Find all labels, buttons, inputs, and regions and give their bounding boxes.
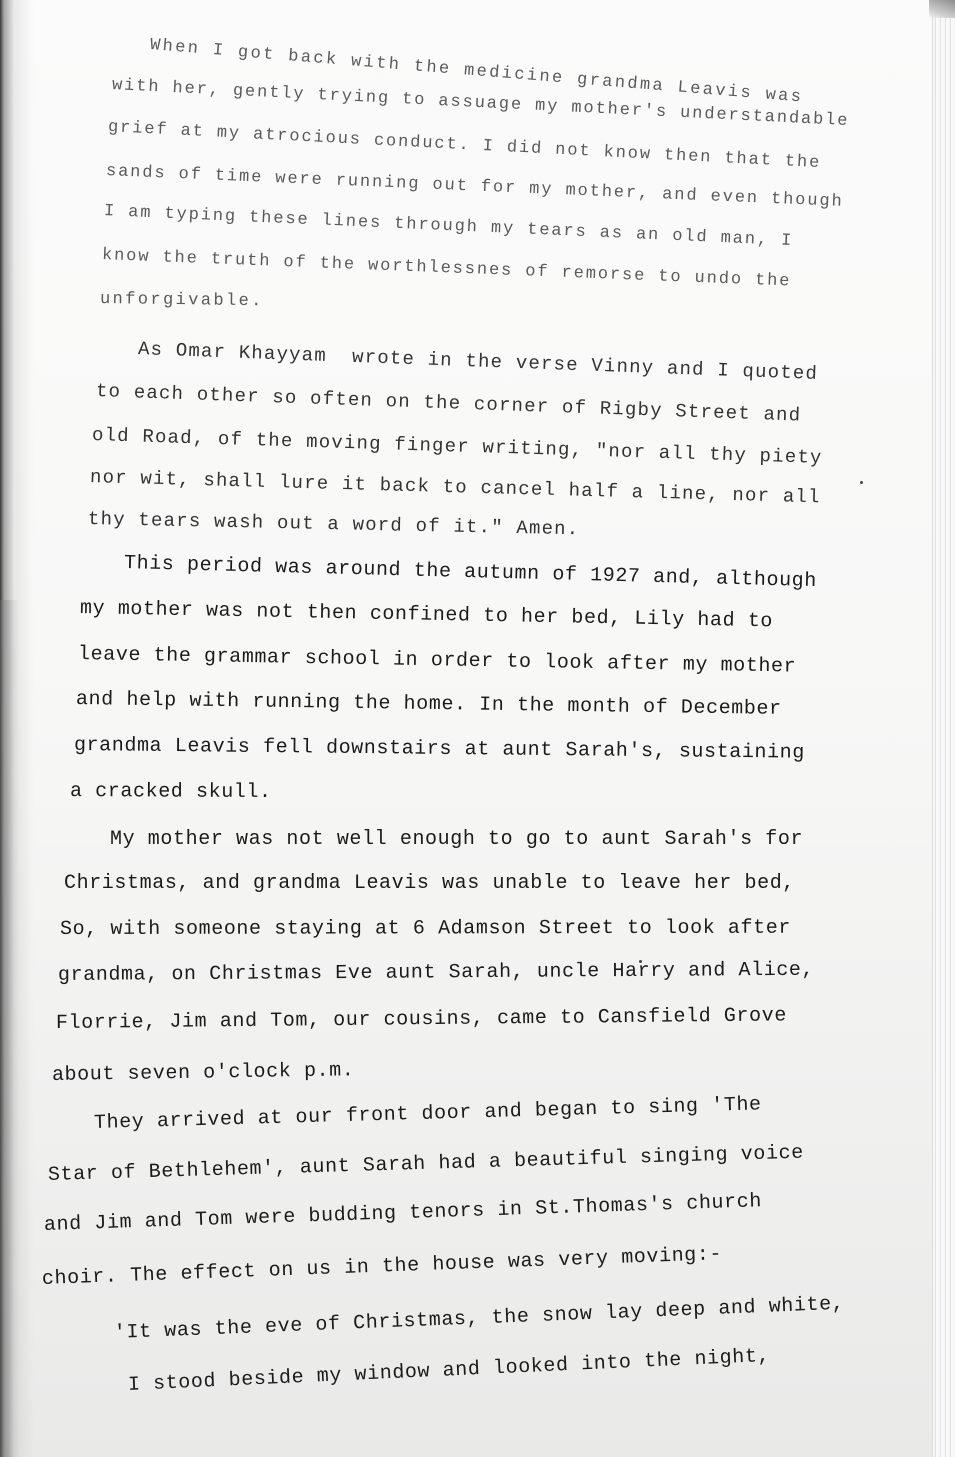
text-line: old Road, of the moving finger writing, … bbox=[92, 424, 823, 469]
text-line: choir. The effect on us in the house was… bbox=[42, 1243, 723, 1291]
typed-page: When I got back with the medicine grandm… bbox=[0, 0, 955, 1457]
text-line: So, with someone staying at 6 Adamson St… bbox=[60, 917, 791, 941]
text-line: Star of Bethlehem', aunt Sarah had a bea… bbox=[48, 1142, 804, 1187]
text-line: sands of time were running out for my mo… bbox=[106, 162, 844, 212]
ink-speck bbox=[860, 481, 863, 484]
text-line: my mother was not then confined to her b… bbox=[80, 597, 773, 633]
text-line: I stood beside my window and looked into… bbox=[127, 1345, 770, 1397]
text-line: Christmas, and grandma Leavis was unable… bbox=[64, 872, 795, 895]
text-line: This period was around the autumn of 192… bbox=[124, 552, 817, 593]
text-line: grief at my atrocious conduct. I did not… bbox=[108, 118, 822, 173]
text-line: and Jim and Tom were budding tenors in S… bbox=[44, 1190, 763, 1237]
text-line: My mother was not well enough to go to a… bbox=[110, 828, 803, 851]
text-line: 'It was the eve of Christmas, the snow l… bbox=[114, 1293, 845, 1345]
text-line: Florrie, Jim and Tom, our cousins, came … bbox=[56, 1004, 787, 1035]
text-line: nor wit, shall lure it back to cancel ha… bbox=[90, 466, 821, 508]
text-line: They arrived at our front door and began… bbox=[94, 1093, 762, 1135]
book-spine-shadow-lower bbox=[0, 600, 20, 1457]
text-line: As Omar Khayyam wrote in the verse Vinny… bbox=[138, 338, 819, 385]
ink-speck bbox=[639, 960, 642, 963]
text-line: I am typing these lines through my tears… bbox=[104, 202, 794, 251]
text-line: about seven o'clock p.m. bbox=[52, 1059, 355, 1087]
page-stack-edge bbox=[932, 0, 955, 1457]
text-line: a cracked skull. bbox=[70, 780, 272, 804]
text-line: grandma Leavis fell downstairs at aunt S… bbox=[74, 734, 805, 765]
text-line: to each other so often on the corner of … bbox=[96, 380, 802, 427]
page-corner bbox=[929, 0, 955, 18]
text-line: thy tears wash out a word of it." Amen. bbox=[88, 508, 580, 540]
text-line: and help with running the home. In the m… bbox=[76, 688, 782, 721]
text-line: know the truth of the worthlessnes of re… bbox=[102, 246, 792, 291]
text-line: grandma, on Christmas Eve aunt Sarah, un… bbox=[58, 959, 814, 987]
text-line: unforgivable. bbox=[100, 290, 264, 311]
text-line: leave the grammar school in order to loo… bbox=[78, 643, 797, 679]
